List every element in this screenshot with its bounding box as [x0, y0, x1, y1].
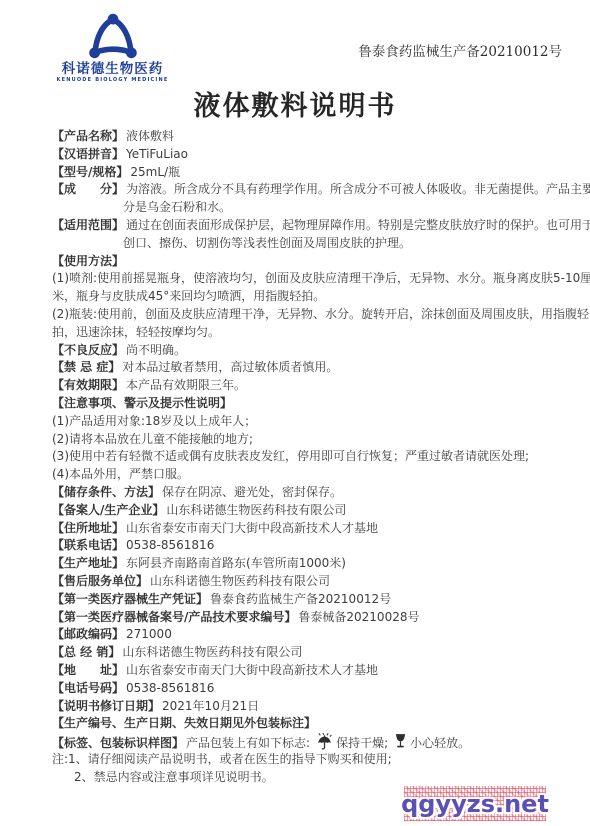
document-line: 【禁 忌 症】对本品过敏者禁用，高过敏体质者慎用。	[52, 359, 570, 377]
document-line: (4)本品外用，严禁口服。	[52, 466, 570, 484]
document-line: 【注意事项、警示及提示性说明】	[52, 395, 570, 413]
keep-dry-label: 保持干燥;	[336, 736, 388, 750]
line-label: 【产品名称】	[52, 129, 124, 143]
line-label: 【地 址】	[52, 663, 124, 677]
line-text: (3)使用中若有轻微不适或偶有皮肤表皮发红，停用即可自行恢复；严重过敏者请就医处…	[52, 449, 529, 463]
line-text: 0538-8561816	[126, 681, 214, 695]
document-line: 【邮政编码】271000	[52, 626, 570, 644]
wine-glass-icon	[394, 733, 407, 750]
line-label: 【邮政编码】	[52, 627, 124, 641]
line-label: 【第一类医疗器械备案号/产品技术要求编号】	[52, 610, 296, 624]
line-text: 山东科诺德生物医药科技有限公司	[150, 574, 330, 588]
line-label: 【禁 忌 症】	[52, 360, 120, 374]
line-label: 【生产地址】	[52, 556, 124, 570]
logo-company-name: 科诺德生物医药	[55, 62, 170, 77]
document-line: 【住所地址】山东省泰安市南天门大街中段高新技术人才基地	[52, 520, 570, 538]
document-line: 【第一类医疗器械生产凭证】鲁泰食药监械生产备20210012号	[52, 591, 570, 609]
marks-intro: 产品包装上有如下标志:	[186, 736, 310, 750]
line-text: (2)请将本品放在儿童不能接触的地方;	[52, 432, 253, 446]
line-label: 【售后服务单位】	[52, 574, 148, 588]
line-text: 2021年10月21日	[162, 699, 259, 713]
line-label: 【不良反应】	[52, 343, 124, 357]
line-label: 【储存条件、方法】	[52, 485, 160, 499]
line-text: 山东科诺德生物医药科技有限公司	[122, 645, 302, 659]
document-line: 【有效期限】本产品有效期限三年。	[52, 377, 570, 395]
line-text: YeTiFuLiao	[126, 147, 188, 161]
line-label: 【联系电话】	[52, 538, 124, 552]
line-text: (2)瓶装:使用前，创面及皮肤应清理干净，无异物、水分。旋转开启，涂抹创面及周围…	[52, 307, 589, 321]
line-text: 创口、擦伤、切割伤等浅表性创面及周围皮肤的护理。	[123, 236, 411, 250]
document-line: 拍，迅速涂抹，轻轻按摩均匀。	[52, 324, 570, 342]
page-title: 液体敷料说明书	[0, 84, 590, 123]
document-line: (3)使用中若有轻微不适或偶有皮肤表皮发红，停用即可自行恢复；严重过敏者请就医处…	[52, 448, 570, 466]
document-line: 【成 分】为溶液。所含成分不具有药理学作用。所含成分不可被人体吸收。非无菌提供。…	[52, 181, 570, 199]
document-line: 米，瓶身与皮肤成45°来回均匀喷洒，用指腹轻拍。	[52, 288, 570, 306]
line-text: 液体敷料	[126, 129, 174, 143]
document-page: 科诺德生物医药 KENUODE BIOLOGY MEDICINE 鲁泰食药监械生…	[0, 0, 590, 826]
document-line: 【售后服务单位】山东科诺德生物医药科技有限公司	[52, 573, 570, 591]
document-line: 【型号/规格】25mL/瓶	[52, 164, 570, 182]
line-label: 【型号/规格】	[52, 165, 128, 179]
document-line: 【电话号码】0538-8561816	[52, 680, 570, 698]
line-text: (1)喷剂:使用前摇晃瓶身，使溶液均匀，创面及皮肤应清理干净后，无异物、水分。瓶…	[52, 271, 590, 285]
document-line: (1)喷剂:使用前摇晃瓶身，使溶液均匀，创面及皮肤应清理干净后，无异物、水分。瓶…	[52, 270, 570, 288]
line-text: 东阿县齐南路南首路东(车管所南1000米)	[126, 556, 346, 570]
logo-triquetra-icon	[87, 13, 139, 60]
document-line: 【生产地址】东阿县齐南路南首路东(车管所南1000米)	[52, 555, 570, 573]
document-line: 【产品名称】液体敷料	[52, 128, 570, 146]
line-text: 米，瓶身与皮肤成45°来回均匀喷洒，用指腹轻拍。	[52, 289, 325, 303]
line-text: 山东省泰安市南天门大街中段高新技术人才基地	[126, 663, 378, 677]
line-label: 【适用范围】	[52, 218, 124, 232]
document-line: 创口、擦伤、切割伤等浅表性创面及周围皮肤的护理。	[52, 235, 570, 253]
line-text: 拍，迅速涂抹，轻轻按摩均匀。	[52, 325, 220, 339]
line-text: 山东省泰安市南天门大街中段高新技术人才基地	[126, 521, 378, 535]
registration-number: 鲁泰食药监械生产备20210012号	[358, 40, 562, 60]
document-line: 【备案人/生产企业】山东科诺德生物医药科技有限公司	[52, 502, 570, 520]
line-label: 【使用方法】	[52, 254, 124, 268]
line-label: 【住所地址】	[52, 521, 124, 535]
line-text: 通过在创面表面形成保护层，起物理屏障作用。特别是完整皮肤放疗时的保护。也可用于小	[126, 218, 590, 232]
line-text: 分是乌金石粉和水。	[123, 200, 231, 214]
document-line: 【地 址】山东省泰安市南天门大街中段高新技术人才基地	[52, 662, 570, 680]
document-line: 【第一类医疗器械备案号/产品技术要求编号】鲁泰械备20210028号	[52, 609, 570, 627]
line-label: 【注意事项、警示及提示性说明】	[52, 396, 232, 410]
line-label: 【说明书修订日期】	[52, 699, 160, 713]
line-label: 【标签、包装标识样图】	[52, 736, 184, 750]
line-text: 鲁泰械备20210028号	[298, 610, 419, 624]
document-line: 【适用范围】通过在创面表面形成保护层，起物理屏障作用。特别是完整皮肤放疗时的保护…	[52, 217, 570, 235]
document-line: 【说明书修订日期】2021年10月21日	[52, 698, 570, 716]
document-lines: 【产品名称】液体敷料【汉语拼音】YeTiFuLiao【型号/规格】25mL/瓶【…	[52, 128, 570, 733]
note-line-1: 注:1、请仔细阅读产品说明书，或者在医生的指导下购买和使用;	[52, 751, 570, 769]
line-text: 271000	[126, 627, 172, 641]
company-logo: 科诺德生物医药 KENUODE BIOLOGY MEDICINE	[55, 13, 170, 84]
line-text: 山东科诺德生物医药科技有限公司	[166, 503, 346, 517]
line-label: 【生产编号、生产日期、失效日期见外包装标注】	[52, 716, 316, 730]
document-line: 【联系电话】0538-8561816	[52, 537, 570, 555]
document-line: 【使用方法】	[52, 253, 570, 271]
document-line: 【不良反应】尚不明确。	[52, 342, 570, 360]
line-label: 【总 经 销】	[52, 645, 120, 659]
watermark-text: qgyyzs.net	[401, 790, 549, 818]
document-line: (1)产品适用对象:18岁及以上成年人；	[52, 413, 570, 431]
line-label: 【电话号码】	[52, 681, 124, 695]
line-text: 对本品过敏者禁用，高过敏体质者慎用。	[122, 360, 338, 374]
note-line-2: 2、禁忌内容或注意事项详见说明书。	[52, 769, 570, 787]
line-text: (4)本品外用，严禁口服。	[52, 467, 189, 481]
logo-company-name-en: KENUODE BIOLOGY MEDICINE	[55, 77, 170, 84]
line-text: 为溶液。所含成分不具有药理学作用。所含成分不可被人体吸收。非无菌提供。产品主要成	[126, 182, 590, 196]
line-text: 25mL/瓶	[130, 165, 180, 179]
line-label: 【成 分】	[52, 182, 124, 196]
umbrella-rain-icon	[316, 733, 333, 750]
line-text: (1)产品适用对象:18岁及以上成年人；	[52, 414, 256, 428]
document-line: 【汉语拼音】YeTiFuLiao	[52, 146, 570, 164]
document-line: 分是乌金石粉和水。	[52, 199, 570, 217]
line-label: 【备案人/生产企业】	[52, 503, 164, 517]
document-line: (2)瓶装:使用前，创面及皮肤应清理干净，无异物、水分。旋转开启，涂抹创面及周围…	[52, 306, 570, 324]
document-line: 【储存条件、方法】保存在阴凉、避光处，密封保存。	[52, 484, 570, 502]
line-label: 【第一类医疗器械生产凭证】	[52, 592, 208, 606]
document-line: 【总 经 销】山东科诺德生物医药科技有限公司	[52, 644, 570, 662]
line-text: 尚不明确。	[126, 343, 186, 357]
site-watermark: qgyyzs.net	[404, 786, 546, 821]
line-text: 本产品有效期限三年。	[126, 378, 246, 392]
line-label: 【汉语拼音】	[52, 147, 124, 161]
document-line: (2)请将本品放在儿童不能接触的地方;	[52, 431, 570, 449]
document-line: 【生产编号、生产日期、失效日期见外包装标注】	[52, 715, 570, 733]
line-text: 0538-8561816	[126, 538, 214, 552]
line-text: 保存在阴凉、避光处，密封保存。	[162, 485, 342, 499]
line-label: 【有效期限】	[52, 378, 124, 392]
document-body: 【产品名称】液体敷料【汉语拼音】YeTiFuLiao【型号/规格】25mL/瓶【…	[52, 128, 570, 786]
line-text: 鲁泰食药监械生产备20210012号	[210, 592, 391, 606]
packaging-marks-line: 【标签、包装标识样图】产品包装上有如下标志: 保持干燥; 小心轻放。	[52, 733, 570, 751]
fragile-label: 小心轻放。	[410, 736, 470, 750]
